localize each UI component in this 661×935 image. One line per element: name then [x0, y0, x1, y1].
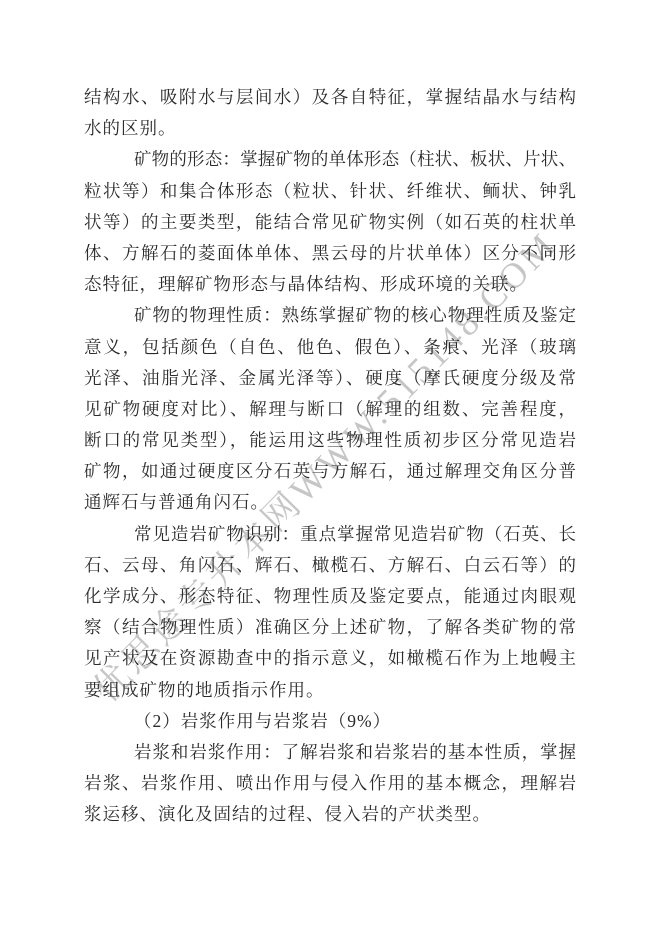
text-line: 意义，包括颜色（自色、他色、假色）、条痕、光泽（玻璃 [84, 332, 576, 363]
text-line: 水的区别。 [84, 113, 576, 144]
text-line: 矿物，如通过硬度区分石英与方解石，通过解理交角区分普 [84, 456, 576, 487]
text-line: 浆运移、演化及固结的过程、侵入岩的产状类型。 [84, 799, 576, 830]
text-line: 光泽、油脂光泽、金属光泽等）、硬度（摩氏硬度分级及常 [84, 363, 576, 394]
text-line: 化学成分、形态特征、物理性质及鉴定要点，能通过肉眼观 [84, 581, 576, 612]
text-line: 矿物的形态：掌握矿物的单体形态（柱状、板状、片状、 [84, 144, 576, 175]
body-text: 结构水、吸附水与层间水）及各自特征，掌握结晶水与结构水的区别。矿物的形态：掌握矿… [84, 82, 576, 831]
text-line: 常见造岩矿物识别：重点掌握常见造岩矿物（石英、长 [84, 519, 576, 550]
text-line: 要组成矿物的地质指示作用。 [84, 675, 576, 706]
text-line: 见产状及在资源勘查中的指示意义，如橄榄石作为上地幔主 [84, 643, 576, 674]
text-line: 石、云母、角闪石、辉石、橄榄石、方解石、白云石等）的 [84, 550, 576, 581]
document-page: 优思途专升本网WWW.515148.COM 结构水、吸附水与层间水）及各自特征，… [0, 0, 661, 935]
text-line: 矿物的物理性质：熟练掌握矿物的核心物理性质及鉴定 [84, 300, 576, 331]
text-line: 见矿物硬度对比）、解理与断口（解理的组数、完善程度， [84, 394, 576, 425]
text-line: 察（结合物理性质）准确区分上述矿物，了解各类矿物的常 [84, 612, 576, 643]
text-line: （2）岩浆作用与岩浆岩（9%） [84, 706, 576, 737]
text-line: 体、方解石的菱面体单体、黑云母的片状单体）区分不同形 [84, 238, 576, 269]
text-line: 结构水、吸附水与层间水）及各自特征，掌握结晶水与结构 [84, 82, 576, 113]
text-line: 岩浆和岩浆作用：了解岩浆和岩浆岩的基本性质，掌握 [84, 737, 576, 768]
text-line: 通辉石与普通角闪石。 [84, 487, 576, 518]
text-line: 岩浆、岩浆作用、喷出作用与侵入作用的基本概念，理解岩 [84, 768, 576, 799]
text-line: 状等）的主要类型，能结合常见矿物实例（如石英的柱状单 [84, 207, 576, 238]
text-line: 断口的常见类型），能运用这些物理性质初步区分常见造岩 [84, 425, 576, 456]
text-line: 粒状等）和集合体形态（粒状、针状、纤维状、鲕状、钟乳 [84, 176, 576, 207]
text-line: 态特征，理解矿物形态与晶体结构、形成环境的关联。 [84, 269, 576, 300]
